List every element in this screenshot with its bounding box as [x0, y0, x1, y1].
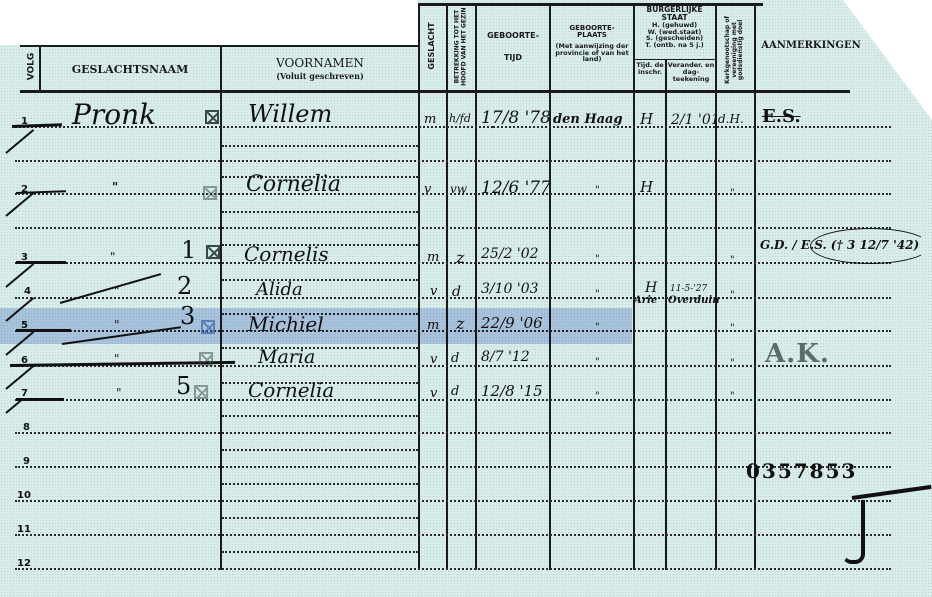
col-line-burg-staat [633, 3, 635, 570]
checked-stamp-icon-row1 [205, 110, 219, 124]
row-number-8: 8 [23, 422, 30, 433]
surname-3: " [110, 250, 116, 264]
header-geslacht: GESLACHT [428, 9, 436, 83]
row-line-10-sub [222, 483, 418, 485]
relation-4: d [452, 284, 461, 300]
civil-state-note-4: Arie [634, 295, 657, 306]
strike-mark-2-slash [5, 192, 34, 217]
header-tijd-inschr: Tijd. de inschr. [635, 62, 665, 76]
header-kerkgenootschap: Kerkgenootschap of vereeniging met godsd… [725, 5, 745, 95]
checked-stamp-icon-row2 [203, 186, 217, 200]
strike-mark-1-slash [5, 129, 34, 154]
header-burg-staat-title: BURGERLIJKE STAAT [634, 6, 715, 22]
birth-date-4: 3/10 '03 [481, 281, 539, 297]
civil-state-4: H [645, 280, 657, 296]
header-volg: VOLG [28, 47, 37, 87]
strike-mark-7-slash [5, 399, 22, 413]
sex-3: m [427, 250, 439, 265]
row-line-8-sub [222, 415, 418, 417]
given-name-5: Michiel [248, 312, 324, 336]
church-4: " [730, 290, 735, 301]
relation-5: z [456, 314, 464, 333]
church-3: " [730, 255, 735, 266]
sex-2: v [424, 182, 431, 197]
relation-3: z [456, 248, 464, 267]
surname-7: " [116, 386, 122, 400]
church-5: " [730, 323, 735, 334]
surname-1: Pronk [72, 98, 156, 131]
checked-stamp-icon-row3 [206, 245, 220, 259]
birth-place-2: " [595, 185, 600, 196]
col-line-verander [665, 60, 667, 570]
birth-date-3: 25/2 '02 [481, 246, 539, 262]
strike-mark-7 [16, 398, 64, 401]
birth-place-7: " [595, 391, 600, 402]
birth-date-7: 12/8 '15 [481, 382, 543, 400]
relation-7: d [451, 384, 459, 399]
header-geboortetijd-1: GEBOORTE- [477, 32, 549, 40]
row-line-1-sub [222, 145, 418, 147]
row-number-11: 11 [17, 524, 31, 535]
col-line-geboorteplaats [549, 3, 551, 570]
birth-place-4: " [595, 289, 600, 300]
strike-mark-6-slash [5, 365, 34, 390]
church-7: " [730, 391, 735, 402]
surname-2: " [112, 180, 118, 194]
row-number-4: 4 [24, 286, 31, 297]
row-line-2 [15, 160, 891, 162]
header-aanmerkingen: AANMERKINGEN [756, 41, 866, 52]
header-geboortetijd: GEBOORTE- TIJD [477, 32, 549, 63]
church-2: " [730, 188, 735, 199]
card-number: 0357853 [746, 459, 857, 483]
given-name-6: Maria [258, 346, 315, 368]
row-line-3 [15, 262, 891, 264]
header-burg-staat-t: T. (ontb. na 5 j.) [634, 42, 715, 49]
header-voornamen-sub: (Voluit geschreven) [222, 72, 418, 80]
strike-mark-3 [16, 261, 66, 264]
relation-1: h/fd [449, 112, 471, 125]
surname-5: " [114, 318, 120, 332]
col-line-betrekking [446, 3, 448, 570]
row-line-4-sub [222, 279, 418, 281]
sex-7: v [430, 386, 437, 401]
child-number-3: 3 [180, 302, 195, 330]
col-line-aanmerkingen [754, 3, 756, 570]
row-line-3-pre [15, 227, 891, 229]
given-name-3: Cornelis [244, 242, 329, 266]
col-line-kerk [715, 3, 717, 570]
corner-mark-line [852, 485, 932, 500]
birth-date-1: 17/8 '78 [481, 108, 551, 128]
col-line-geboortetijd [475, 3, 477, 570]
church-6: " [730, 358, 735, 369]
given-name-4: Alida [256, 279, 303, 300]
strike-mark-5 [16, 329, 71, 332]
given-name-2: Cornelia [246, 172, 341, 197]
birth-date-2: 12/6 '77 [481, 178, 551, 198]
change-date-1: 2/1 '01 [671, 112, 720, 128]
ak-stamp: A.K. [765, 339, 830, 369]
strike-mark-3-slash [5, 263, 34, 288]
header-betrekking: BETREKKING TOT HET HOOFD VAN HET GEZIN [454, 0, 467, 97]
change-note-4: Overduin [668, 295, 719, 306]
row-line-7 [15, 399, 891, 401]
header-voornamen-title: VOORNAMEN [222, 57, 418, 70]
row-number-9: 9 [23, 456, 30, 467]
remarks-3-oval [810, 228, 930, 264]
sex-4: v [430, 284, 437, 299]
family-registration-card: VOLG GESLACHTSNAAM VOORNAMEN (Voluit ges… [0, 0, 932, 597]
col-line-geslacht-left [418, 3, 420, 570]
sex-5: m [427, 318, 439, 333]
relation-2: vw [450, 182, 467, 196]
header-geboorteplaats: GEBOORTE- PLAATS (Met aanwijzing der pro… [551, 25, 633, 63]
birth-place-6: " [595, 357, 600, 368]
sex-6: v [430, 352, 437, 367]
given-name-1: Willem [248, 100, 332, 128]
surname-4: " [114, 284, 120, 298]
birth-place-1: den Haag [553, 112, 623, 127]
row-line-2-sub2 [222, 211, 418, 213]
change-date-4: 11-5-'27 [670, 284, 707, 294]
row-line-11 [15, 534, 891, 536]
header-geslachtsnaam: GESLACHTSNAAM [40, 64, 220, 76]
header-geboorteplaats-sub: (Met aanwijzing der provincie of van het… [551, 43, 633, 63]
remarks-1: E.S. [762, 106, 801, 127]
row-number-12: 12 [17, 558, 31, 569]
child-number-5: 5 [176, 372, 191, 400]
civil-state-1: H [640, 110, 653, 128]
birth-place-3: " [595, 254, 600, 265]
civil-state-2: H [640, 178, 653, 196]
header-geboorteplaats-2: PLAATS [551, 32, 633, 39]
checked-stamp-icon-row6 [199, 352, 213, 366]
relation-6: d [451, 351, 459, 366]
row-line-6-sub [222, 347, 418, 349]
row-line-8 [15, 432, 891, 434]
birth-date-5: 22/9 '06 [481, 314, 543, 332]
header-geboortetijd-2: TIJD [477, 54, 549, 62]
header-verandering: Verander. en dag-teekening [667, 62, 715, 82]
checked-stamp-icon-row7 [194, 385, 208, 399]
church-1: d.H. [718, 112, 744, 126]
row-line-10 [15, 500, 891, 502]
child-number-1: 1 [181, 236, 196, 264]
sex-1: m [424, 112, 436, 127]
corner-mark-hook [842, 500, 865, 564]
burg-staat-sub-divider [633, 59, 715, 60]
child-number-2: 2 [177, 272, 192, 300]
row-number-10: 10 [17, 490, 31, 501]
surname-6: " [114, 352, 120, 366]
row-line-12-sub [222, 551, 418, 553]
row-line-11-sub [222, 517, 418, 519]
strike-mark-4-curve [60, 273, 161, 304]
checked-stamp-icon-row5 [201, 320, 215, 334]
given-name-7: Cornelia [248, 378, 334, 402]
header-voornamen: VOORNAMEN (Voluit geschreven) [222, 57, 418, 80]
birth-date-6: 8/7 '12 [481, 349, 530, 365]
row-line-12 [15, 568, 891, 570]
row-line-9-sub [222, 449, 418, 451]
birth-place-5: " [595, 322, 600, 333]
header-burgerlijke-staat: BURGERLIJKE STAAT H. (gehuwd) W. (wed.st… [634, 6, 715, 49]
